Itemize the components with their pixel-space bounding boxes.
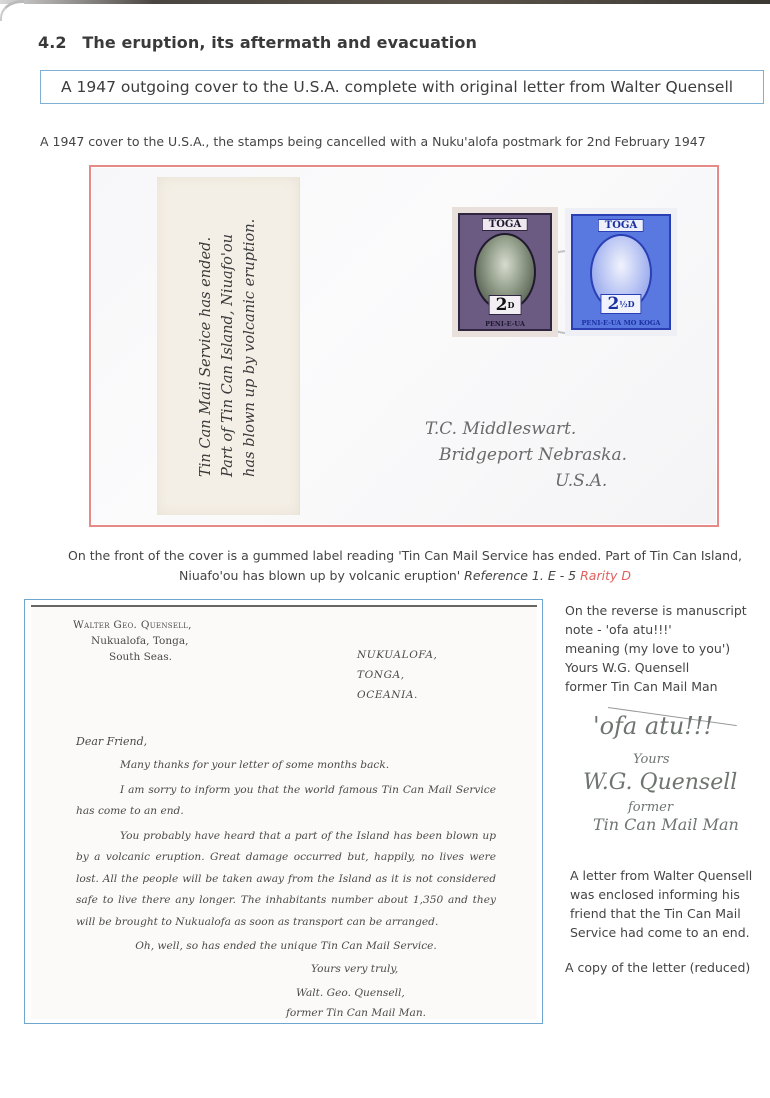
manuscript-line: Tin Can Mail Man [593,815,739,834]
manuscript-line: former [628,800,673,815]
place-line: NUKUALOFA, [357,645,438,665]
note-line: On the reverse is manuscript [565,601,770,620]
note-line: meaning (my love to you') [565,639,770,658]
letter-place: NUKUALOFA, TONGA, OCEANIA. [357,645,438,705]
copy-note: A copy of the letter (reduced) [565,960,750,975]
manuscript-note-image: 'ofa atu!!! Yours W.G. Quensell former T… [563,700,768,850]
label-caption-text: On the front of the cover is a gummed la… [68,548,742,583]
letter-sender: Walter Geo. Quensell, Nukualofa, Tonga, … [73,617,192,665]
stamp-2d-peni-e-ua: TOGA 2D PENI-E-UA [452,207,558,337]
letter-paragraph: I am sorry to inform you that the world … [76,780,496,823]
manuscript-line: Yours [633,752,670,767]
stamp-value: 2D [489,295,522,315]
letter-paragraph: Oh, well, so has ended the unique Tin Ca… [76,936,496,958]
place-line: TONGA, [357,665,438,685]
cover-caption: A 1947 cover to the U.S.A., the stamps b… [40,134,706,149]
letter-salutation: Dear Friend, [76,735,147,748]
note-line: note - 'ofa atu!!!' [565,620,770,639]
stamp-name: PENI-E-UA MO KOGA [573,319,669,327]
letter-body: Many thanks for your letter of some mont… [76,755,496,958]
closing-phrase: Yours very truly, [286,959,426,979]
address-line: U.S.A. [425,468,627,494]
address-line: T.C. Middleswart. [425,416,627,442]
stamp-value: 2½D [600,294,641,314]
label-caption: On the front of the cover is a gummed la… [40,546,770,586]
gummed-label: Tin Can Mail Service has ended. Part of … [157,177,300,515]
letter-paragraph: You probably have heard that a part of t… [76,826,496,934]
place-line: OCEANIA. [357,685,438,705]
section-number: 4.2 [38,33,67,52]
headline-box: A 1947 outgoing cover to the U.S.A. comp… [40,70,764,104]
label-line: Part of Tin Can Island, Niuafo'ou [217,177,239,477]
rarity-text: Rarity D [580,568,631,583]
handwritten-address: T.C. Middleswart. Bridgeport Nebraska. U… [425,416,627,494]
stamp-name: PENI-E-UA [460,320,550,328]
letter-closing: Yours very truly, Walt. Geo. Quensell, f… [286,959,426,1023]
manuscript-line: W.G. Quensell [583,770,737,795]
address-line: Bridgeport Nebraska. [425,442,627,468]
stamp-country: TOGA [598,219,644,232]
section-title-text: The eruption, its aftermath and evacuati… [82,33,477,52]
sender-name: Walter Geo. Quensell, [73,617,192,633]
letter-paragraph: Many thanks for your letter of some mont… [76,755,496,777]
manuscript-line: 'ofa atu!!! [593,712,713,740]
note-line: Yours W.G. Quensell [565,658,770,677]
label-line: has blown up by volcanic eruption. [239,177,261,477]
reference-text: Reference 1. E - 5 [464,568,576,583]
gummed-label-text: Tin Can Mail Service has ended. Part of … [157,177,299,515]
letter-copy: Walter Geo. Quensell, Nukualofa, Tonga, … [31,605,537,1019]
stamp-country: TOGA [482,218,528,231]
reverse-note: On the reverse is manuscript note - 'ofa… [565,601,770,696]
signature: Walt. Geo. Quensell, [286,983,426,1003]
note-line: former Tin Can Mail Man [565,677,770,696]
sender-line: Nukualofa, Tonga, [73,633,192,649]
sender-line: South Seas. [73,649,192,665]
label-line: Tin Can Mail Service has ended. [195,177,217,477]
enclosed-letter-note: A letter from Walter Quensell was enclos… [570,866,770,942]
signature-title: former Tin Can Mail Man. [286,1003,426,1023]
stamp-2-half-d-peni-e-ua-mo-koga: TOGA 2½D PENI-E-UA MO KOGA [565,208,677,336]
page-top-edge [0,0,770,4]
section-title: 4.2 The eruption, its aftermath and evac… [38,33,477,52]
